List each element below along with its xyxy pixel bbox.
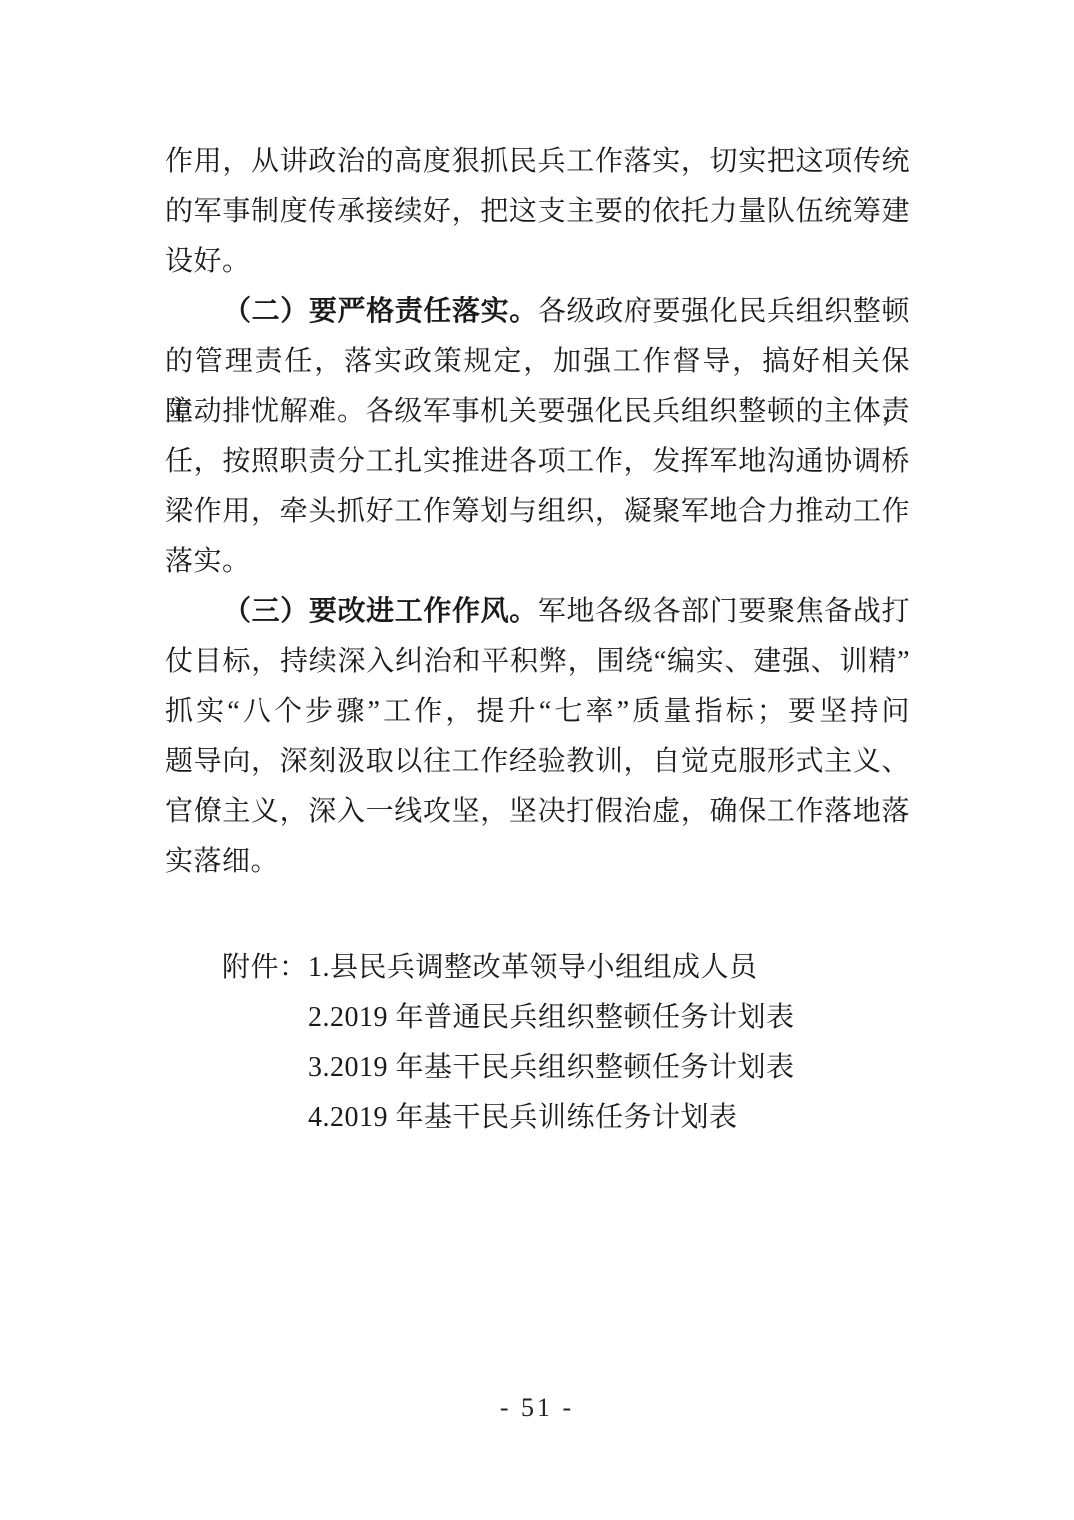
- document-body: 作用，从讲政治的高度狠抓民兵工作落实，切实把这项传统的军事制度传承接续好，把这支…: [165, 137, 910, 887]
- body-text: 设好。: [165, 246, 251, 277]
- body-line: 梁作用，牵头抓好工作筹划与组织，凝聚军地合力推动工作: [165, 487, 910, 537]
- attachment-item: 1.县民兵调整改革领导小组组成人员: [308, 943, 758, 993]
- attachment-row: 3.2019 年基干民兵组织整顿任务计划表: [222, 1043, 795, 1093]
- body-line: 题导向，深刻汲取以往工作经验教训，自觉克服形式主义、: [165, 737, 910, 787]
- attachments-gutter: [222, 1093, 308, 1143]
- body-line: （二）要严格责任落实。各级政府要强化民兵组织整顿: [165, 287, 910, 337]
- body-line: 仗目标，持续深入纠治和平积弊，围绕“编实、建强、训精”: [165, 637, 910, 687]
- page-number: - 51 -: [0, 1393, 1074, 1423]
- body-text: 主动排忧解难。各级军事机关要强化民兵组织整顿的主体责: [165, 396, 910, 427]
- attachments-gutter: [222, 993, 308, 1043]
- body-text: 的军事制度传承接续好，把这支主要的依托力量队伍统筹建: [165, 196, 910, 227]
- body-text: 实落细。: [165, 846, 279, 877]
- body-text: 作用，从讲政治的高度狠抓民兵工作落实，切实把这项传统: [165, 146, 910, 177]
- body-line: （三）要改进工作作风。军地各级各部门要聚焦备战打: [165, 587, 910, 637]
- attachment-row: 4.2019 年基干民兵训练任务计划表: [222, 1093, 795, 1143]
- body-line: 作用，从讲政治的高度狠抓民兵工作落实，切实把这项传统: [165, 137, 910, 187]
- body-line: 的管理责任，落实政策规定，加强工作督导，搞好相关保障，: [165, 337, 910, 387]
- paragraph-3: （三）要改进工作作风。军地各级各部门要聚焦备战打仗目标，持续深入纠治和平积弊，围…: [165, 587, 910, 887]
- body-line: 设好。: [165, 237, 910, 287]
- body-text: 官僚主义，深入一线攻坚，坚决打假治虚，确保工作落地落: [165, 796, 910, 827]
- body-line: 官僚主义，深入一线攻坚，坚决打假治虚，确保工作落地落: [165, 787, 910, 837]
- body-text: 任，按照职责分工扎实推进各项工作，发挥军地沟通协调桥: [165, 446, 910, 477]
- run-in-heading: （二）要严格责任落实。: [223, 296, 538, 327]
- paragraph-1: 作用，从讲政治的高度狠抓民兵工作落实，切实把这项传统的军事制度传承接续好，把这支…: [165, 137, 910, 287]
- body-line: 的军事制度传承接续好，把这支主要的依托力量队伍统筹建: [165, 187, 910, 237]
- body-line: 任，按照职责分工扎实推进各项工作，发挥军地沟通协调桥: [165, 437, 910, 487]
- paragraph-2: （二）要严格责任落实。各级政府要强化民兵组织整顿的管理责任，落实政策规定，加强工…: [165, 287, 910, 587]
- body-text: 梁作用，牵头抓好工作筹划与组织，凝聚军地合力推动工作: [165, 496, 910, 527]
- body-line: 实落细。: [165, 837, 910, 887]
- body-text: 题导向，深刻汲取以往工作经验教训，自觉克服形式主义、: [165, 746, 910, 777]
- attachment-row: 2.2019 年普通民兵组织整顿任务计划表: [222, 993, 795, 1043]
- body-line: 抓实“八个步骤”工作，提升“七率”质量指标；要坚持问: [165, 687, 910, 737]
- document-page: 作用，从讲政治的高度狠抓民兵工作落实，切实把这项传统的军事制度传承接续好，把这支…: [0, 0, 1074, 1520]
- attachment-item: 3.2019 年基干民兵组织整顿任务计划表: [308, 1043, 795, 1093]
- attachments-gutter: [222, 1043, 308, 1093]
- body-text: 落实。: [165, 546, 251, 577]
- run-in-heading: （三）要改进工作作风。: [223, 596, 538, 627]
- body-line: 主动排忧解难。各级军事机关要强化民兵组织整顿的主体责: [165, 387, 910, 437]
- attachments-label: 附件：: [222, 943, 308, 993]
- body-line: 落实。: [165, 537, 910, 587]
- body-text: 抓实“八个步骤”工作，提升“七率”质量指标；要坚持问: [165, 696, 910, 727]
- attachments-block: 附件：1.县民兵调整改革领导小组组成人员2.2019 年普通民兵组织整顿任务计划…: [222, 943, 795, 1143]
- attachment-row: 附件：1.县民兵调整改革领导小组组成人员: [222, 943, 795, 993]
- body-text: 各级政府要强化民兵组织整顿: [538, 296, 910, 327]
- attachment-item: 2.2019 年普通民兵组织整顿任务计划表: [308, 993, 795, 1043]
- body-text: 仗目标，持续深入纠治和平积弊，围绕“编实、建强、训精”: [165, 646, 910, 677]
- body-text: 军地各级各部门要聚焦备战打: [538, 596, 910, 627]
- attachment-item: 4.2019 年基干民兵训练任务计划表: [308, 1093, 738, 1143]
